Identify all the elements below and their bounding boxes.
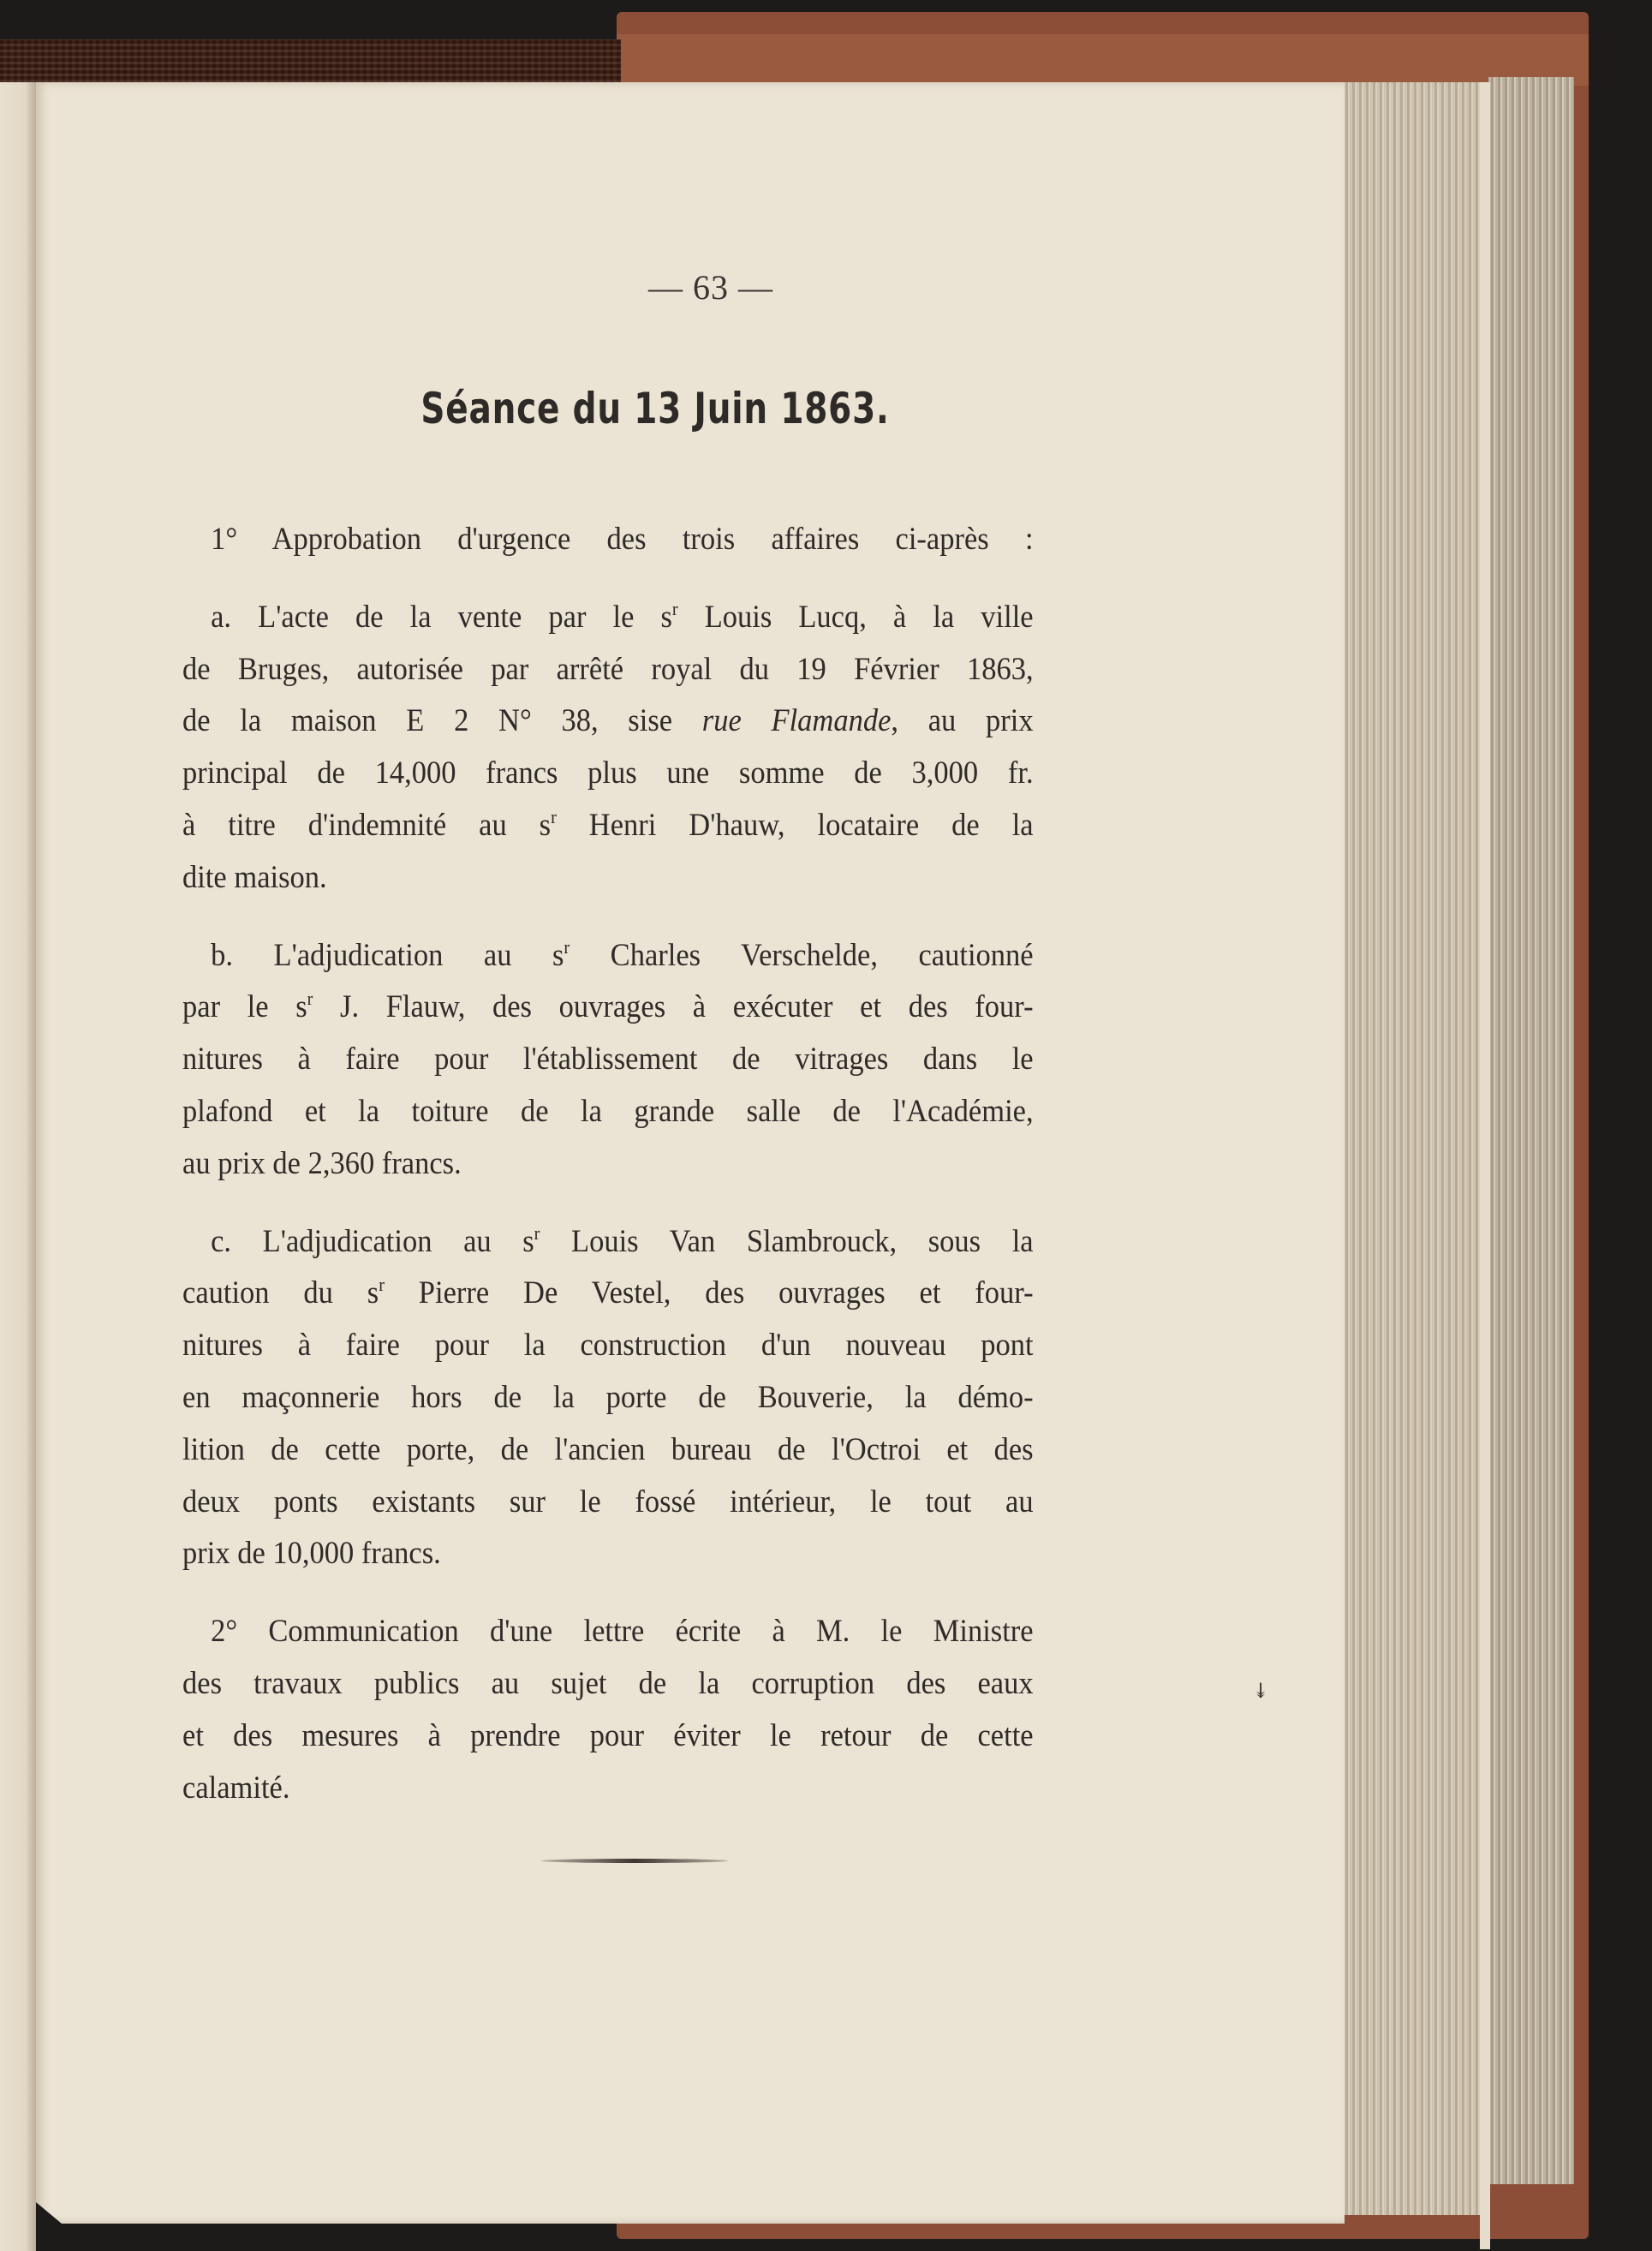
item-c-line-6: deux ponts existants sur le fossé intéri…: [182, 1477, 1034, 1529]
item-c-line-5: lition de cette porte, de l'ancien burea…: [182, 1424, 1034, 1477]
item-a-line-4: principal de 14,000 francs plus une somm…: [182, 748, 1034, 800]
page-title: Séance du 13 Juin 1863.: [378, 384, 932, 433]
item-a-line-6: dite maison.: [182, 852, 1034, 905]
margin-mark-icon: ↡: [1252, 1679, 1269, 1704]
item-b-line-3: nitures à faire pour l'établissement de …: [182, 1034, 1034, 1086]
item-a-line-3: de la maison E 2 N° 38, sise rue Flamand…: [182, 696, 1034, 748]
previous-page-edge: [0, 82, 36, 2251]
book-spine-cloth: [0, 39, 621, 82]
item-c-line-1: c. L'adjudication au sr Louis Van Slambr…: [182, 1216, 1034, 1269]
section-separator-rule: [541, 1859, 728, 1863]
item-a-line-1: a. L'acte de la vente par le sr Louis Lu…: [182, 592, 1034, 644]
page-stack-fore-edge: [1343, 82, 1488, 2215]
item-c-line-4: en maçonnerie hors de la porte de Bouver…: [182, 1372, 1034, 1424]
item-a-line-5: à titre d'indemnité au sr Henri D'hauw, …: [182, 800, 1034, 852]
page-stack-divider: [1480, 82, 1490, 2249]
item-2-line-3: et des mesures à prendre pour éviter le …: [182, 1711, 1034, 1763]
item-b-line-2: par le sr J. Flauw, des ouvrages à exécu…: [182, 982, 1034, 1034]
item-2-line-1: 2° Communication d'une lettre écrite à M…: [182, 1606, 1034, 1658]
item-2-line-2: des travaux publics au sujet de la corru…: [182, 1658, 1034, 1711]
item-b-line-1: b. L'adjudication au sr Charles Verschel…: [182, 930, 1034, 982]
item-b-line-5: au prix de 2,360 francs.: [182, 1138, 1034, 1191]
page-number: — 63 —: [514, 267, 908, 307]
item-b-line-4: plafond et la toiture de la grande salle…: [182, 1086, 1034, 1138]
page-body: 1° Approbation d'urgence des trois affai…: [182, 514, 1034, 1814]
item-1-intro: 1° Approbation d'urgence des trois affai…: [182, 514, 1034, 566]
item-a-line-2: de Bruges, autorisée par arrêté royal du…: [182, 644, 1034, 696]
item-c-line-7: prix de 10,000 francs.: [182, 1528, 1034, 1580]
item-c-line-2: caution du sr Pierre De Vestel, des ouvr…: [182, 1268, 1034, 1320]
book-cover-top-edge: [617, 34, 1589, 86]
item-2-line-4: calamité.: [182, 1763, 1034, 1815]
item-c-line-3: nitures à faire pour la construction d'u…: [182, 1320, 1034, 1372]
page-stack-outer: [1488, 77, 1574, 2184]
